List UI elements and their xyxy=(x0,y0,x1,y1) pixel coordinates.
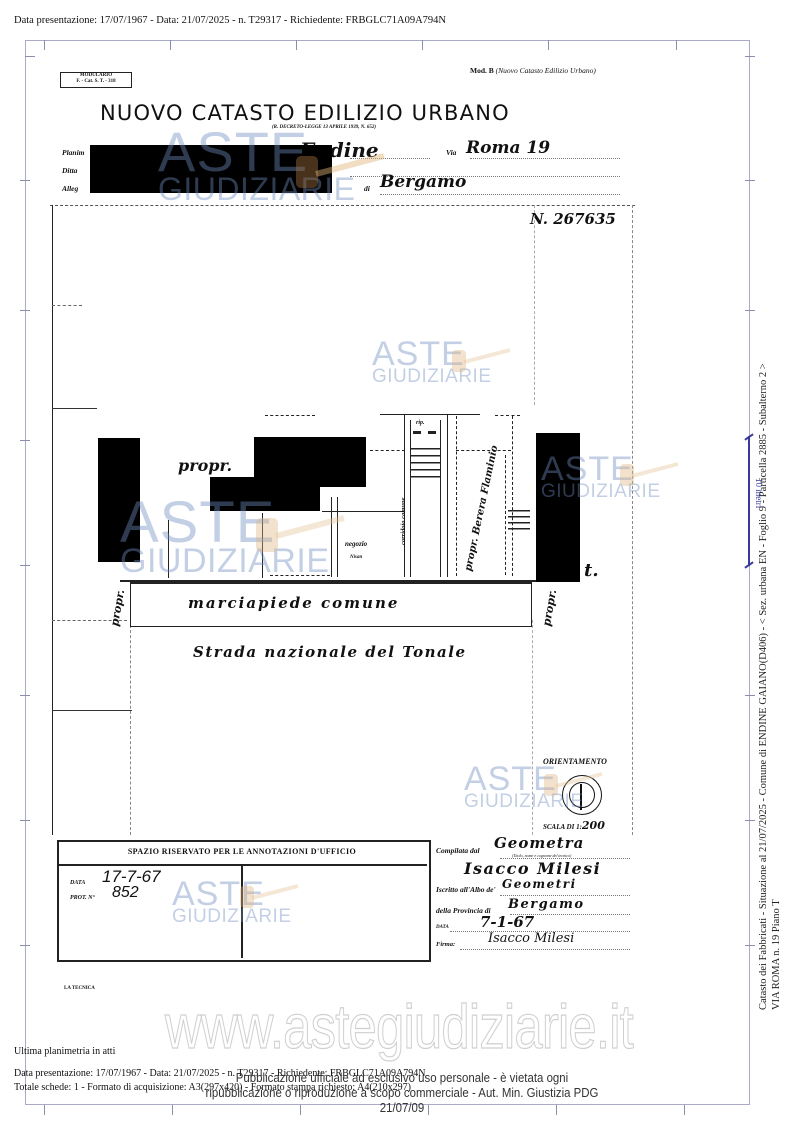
frame-tick xyxy=(745,695,755,696)
dotted-line xyxy=(470,158,620,159)
redaction-plan-mid xyxy=(210,477,320,511)
annotations-divider xyxy=(241,864,243,958)
frame-tick xyxy=(20,565,30,566)
wall-dashed xyxy=(265,415,315,416)
via-handwritten: Roma 19 xyxy=(466,138,550,158)
frame-tick xyxy=(20,820,30,821)
label-negozio: negozio xyxy=(345,540,367,548)
label-planimetria: Planim xyxy=(62,148,85,157)
label-via: Via xyxy=(446,148,456,157)
frame-tick xyxy=(745,945,755,946)
frame-tick xyxy=(20,180,30,181)
dotted-line xyxy=(380,194,620,195)
plan-guide xyxy=(532,620,533,835)
compiler-date-label: DATA xyxy=(436,925,449,930)
label-ditta: Ditta xyxy=(62,166,77,175)
frame-tick xyxy=(548,40,549,50)
plan-right-border xyxy=(632,205,633,835)
side-margin-line2: VIA ROMA n. 19 Piano T xyxy=(770,360,783,1010)
publication-notice-line2: ripubblicazione o riproduzione a scopo c… xyxy=(200,1085,605,1115)
frame-tick xyxy=(20,440,30,441)
wall xyxy=(380,414,480,415)
dotted-line xyxy=(460,949,630,950)
frame-tick xyxy=(20,945,30,946)
side-margin-text: Catasto dei Fabbricati - Situazione al 2… xyxy=(757,360,783,1010)
steps xyxy=(508,510,530,530)
side-margin-line1: Catasto dei Fabbricati - Situazione al 2… xyxy=(757,360,770,1010)
compiler-title: Geometra xyxy=(494,834,584,852)
compiled-by-label: Compilata dal xyxy=(436,846,480,855)
wall-dashed xyxy=(512,416,513,576)
label-propr-top: propr. xyxy=(178,456,232,475)
modulario-line2: F. - Cat. S. T. - 318 xyxy=(61,79,131,85)
dotted-line xyxy=(450,931,630,932)
label-rip: rip. xyxy=(416,420,425,426)
plan-guide xyxy=(52,408,97,409)
corridor-wall xyxy=(410,420,411,577)
modulario-box: MODULARIO F. - Cat. S. T. - 318 xyxy=(60,72,132,88)
label-corridoio: corridoio comune xyxy=(400,498,407,546)
frame-tick xyxy=(44,40,45,50)
signature-label: Firma: xyxy=(436,941,455,948)
wall-dashed xyxy=(505,455,506,575)
door-mark xyxy=(413,431,421,434)
signature: Isacco Milesi xyxy=(488,931,574,946)
annot-prot-value: 852 xyxy=(112,884,139,902)
corridor-wall xyxy=(404,414,405,577)
annot-prot-label: PROT. N° xyxy=(70,895,95,901)
frame-tick xyxy=(172,1105,173,1115)
label-sidewalk: marciapiede comune xyxy=(188,594,399,612)
frame-tick xyxy=(422,40,423,50)
label-marker-t: t. xyxy=(584,560,599,581)
frame-tick xyxy=(676,40,677,50)
label-negozio-owner: Nisan xyxy=(350,555,362,560)
scale-bar xyxy=(748,436,750,566)
wall-dashed xyxy=(270,575,330,576)
wall xyxy=(168,520,169,578)
dotted-line xyxy=(500,895,630,896)
door-mark xyxy=(428,431,436,434)
compiler-name: Isacco Milesi xyxy=(464,859,601,878)
redaction-plan-right xyxy=(536,433,580,582)
frame-tick xyxy=(20,310,30,311)
dotted-line xyxy=(510,914,630,915)
frame-tick xyxy=(44,1105,45,1115)
plan-guide xyxy=(52,305,82,306)
redaction-plan-left xyxy=(98,438,140,562)
corridor-wall xyxy=(440,420,441,577)
albo-label: Iscritto all'Albo de' xyxy=(436,885,496,894)
redaction-owner xyxy=(90,145,332,193)
model-code: Mod. B xyxy=(470,66,494,75)
frame-tick xyxy=(684,1105,685,1115)
plan-top-border xyxy=(50,205,635,206)
frame-tick xyxy=(745,310,755,311)
frame-tick xyxy=(296,40,297,50)
albo-value: Geometri xyxy=(502,877,577,891)
wall-dashed xyxy=(456,416,457,576)
publication-notice: Pubblicazione ufficiale ad esclusivo uso… xyxy=(200,1070,605,1115)
plan-left-border xyxy=(52,205,53,835)
dotted-line xyxy=(500,858,630,859)
publication-notice-line1: Pubblicazione ufficiale ad esclusivo uso… xyxy=(200,1070,605,1085)
frame-tick xyxy=(170,40,171,50)
provincia-handwritten: Bergamo xyxy=(380,172,466,192)
wall-dashed xyxy=(495,415,520,416)
label-allegata: Alleg xyxy=(62,184,78,193)
scale-value: 200 xyxy=(582,819,605,832)
plan-guide xyxy=(52,710,132,711)
corridor-wall xyxy=(447,414,448,577)
printer-mark: LA TECNICA xyxy=(64,986,95,991)
frame-tick xyxy=(745,180,755,181)
frame-tick xyxy=(25,56,35,57)
compass-inner xyxy=(569,782,595,808)
scheda-number: N. 267635 xyxy=(530,210,616,228)
wall xyxy=(331,497,332,577)
plan-guide xyxy=(130,620,131,835)
wall xyxy=(322,511,404,512)
scale-label-text: SCALA DI 1: xyxy=(543,823,582,831)
decree-reference: (R. DECRETO-LEGGE 13 APRILE 1939, N. 652… xyxy=(272,125,376,130)
staircase xyxy=(410,448,440,478)
model-label: Mod. B (Nuovo Catasto Edilizio Urbano) xyxy=(470,66,596,75)
wall xyxy=(337,497,338,577)
watermark-site: www.astegiudiziarie.it xyxy=(165,992,633,1063)
label-provincia: di xyxy=(364,184,370,193)
frame-tick xyxy=(745,56,755,57)
footer-last-plan: Ultima planimetria in atti xyxy=(14,1046,115,1057)
wall-dashed xyxy=(370,450,405,451)
header-presentation-line: Data presentazione: 17/07/1967 - Data: 2… xyxy=(14,15,446,26)
wall xyxy=(262,513,263,578)
annot-date-label: DATA xyxy=(70,880,85,886)
model-desc: (Nuovo Catasto Edilizio Urbano) xyxy=(496,66,596,75)
provincia-value: Bergamo xyxy=(508,897,585,912)
north-arrow-icon xyxy=(580,784,582,810)
plan-guide xyxy=(534,205,535,405)
frame-tick xyxy=(20,695,30,696)
scale-label: SCALA DI 1:200 xyxy=(543,819,605,832)
label-street: Strada nazionale del Tonale xyxy=(193,643,467,661)
document-title: NUOVO CATASTO EDILIZIO URBANO xyxy=(100,101,510,125)
wall-dashed xyxy=(456,450,511,451)
scale-bar-label: 10 metri xyxy=(754,478,764,508)
frame-tick xyxy=(745,820,755,821)
orientation-label: ORIENTAMENTO xyxy=(543,757,607,766)
annotations-title: SPAZIO RISERVATO PER LE ANNOTAZIONI D'UF… xyxy=(57,840,427,866)
compiler-date-value: 7-1-67 xyxy=(480,913,534,931)
